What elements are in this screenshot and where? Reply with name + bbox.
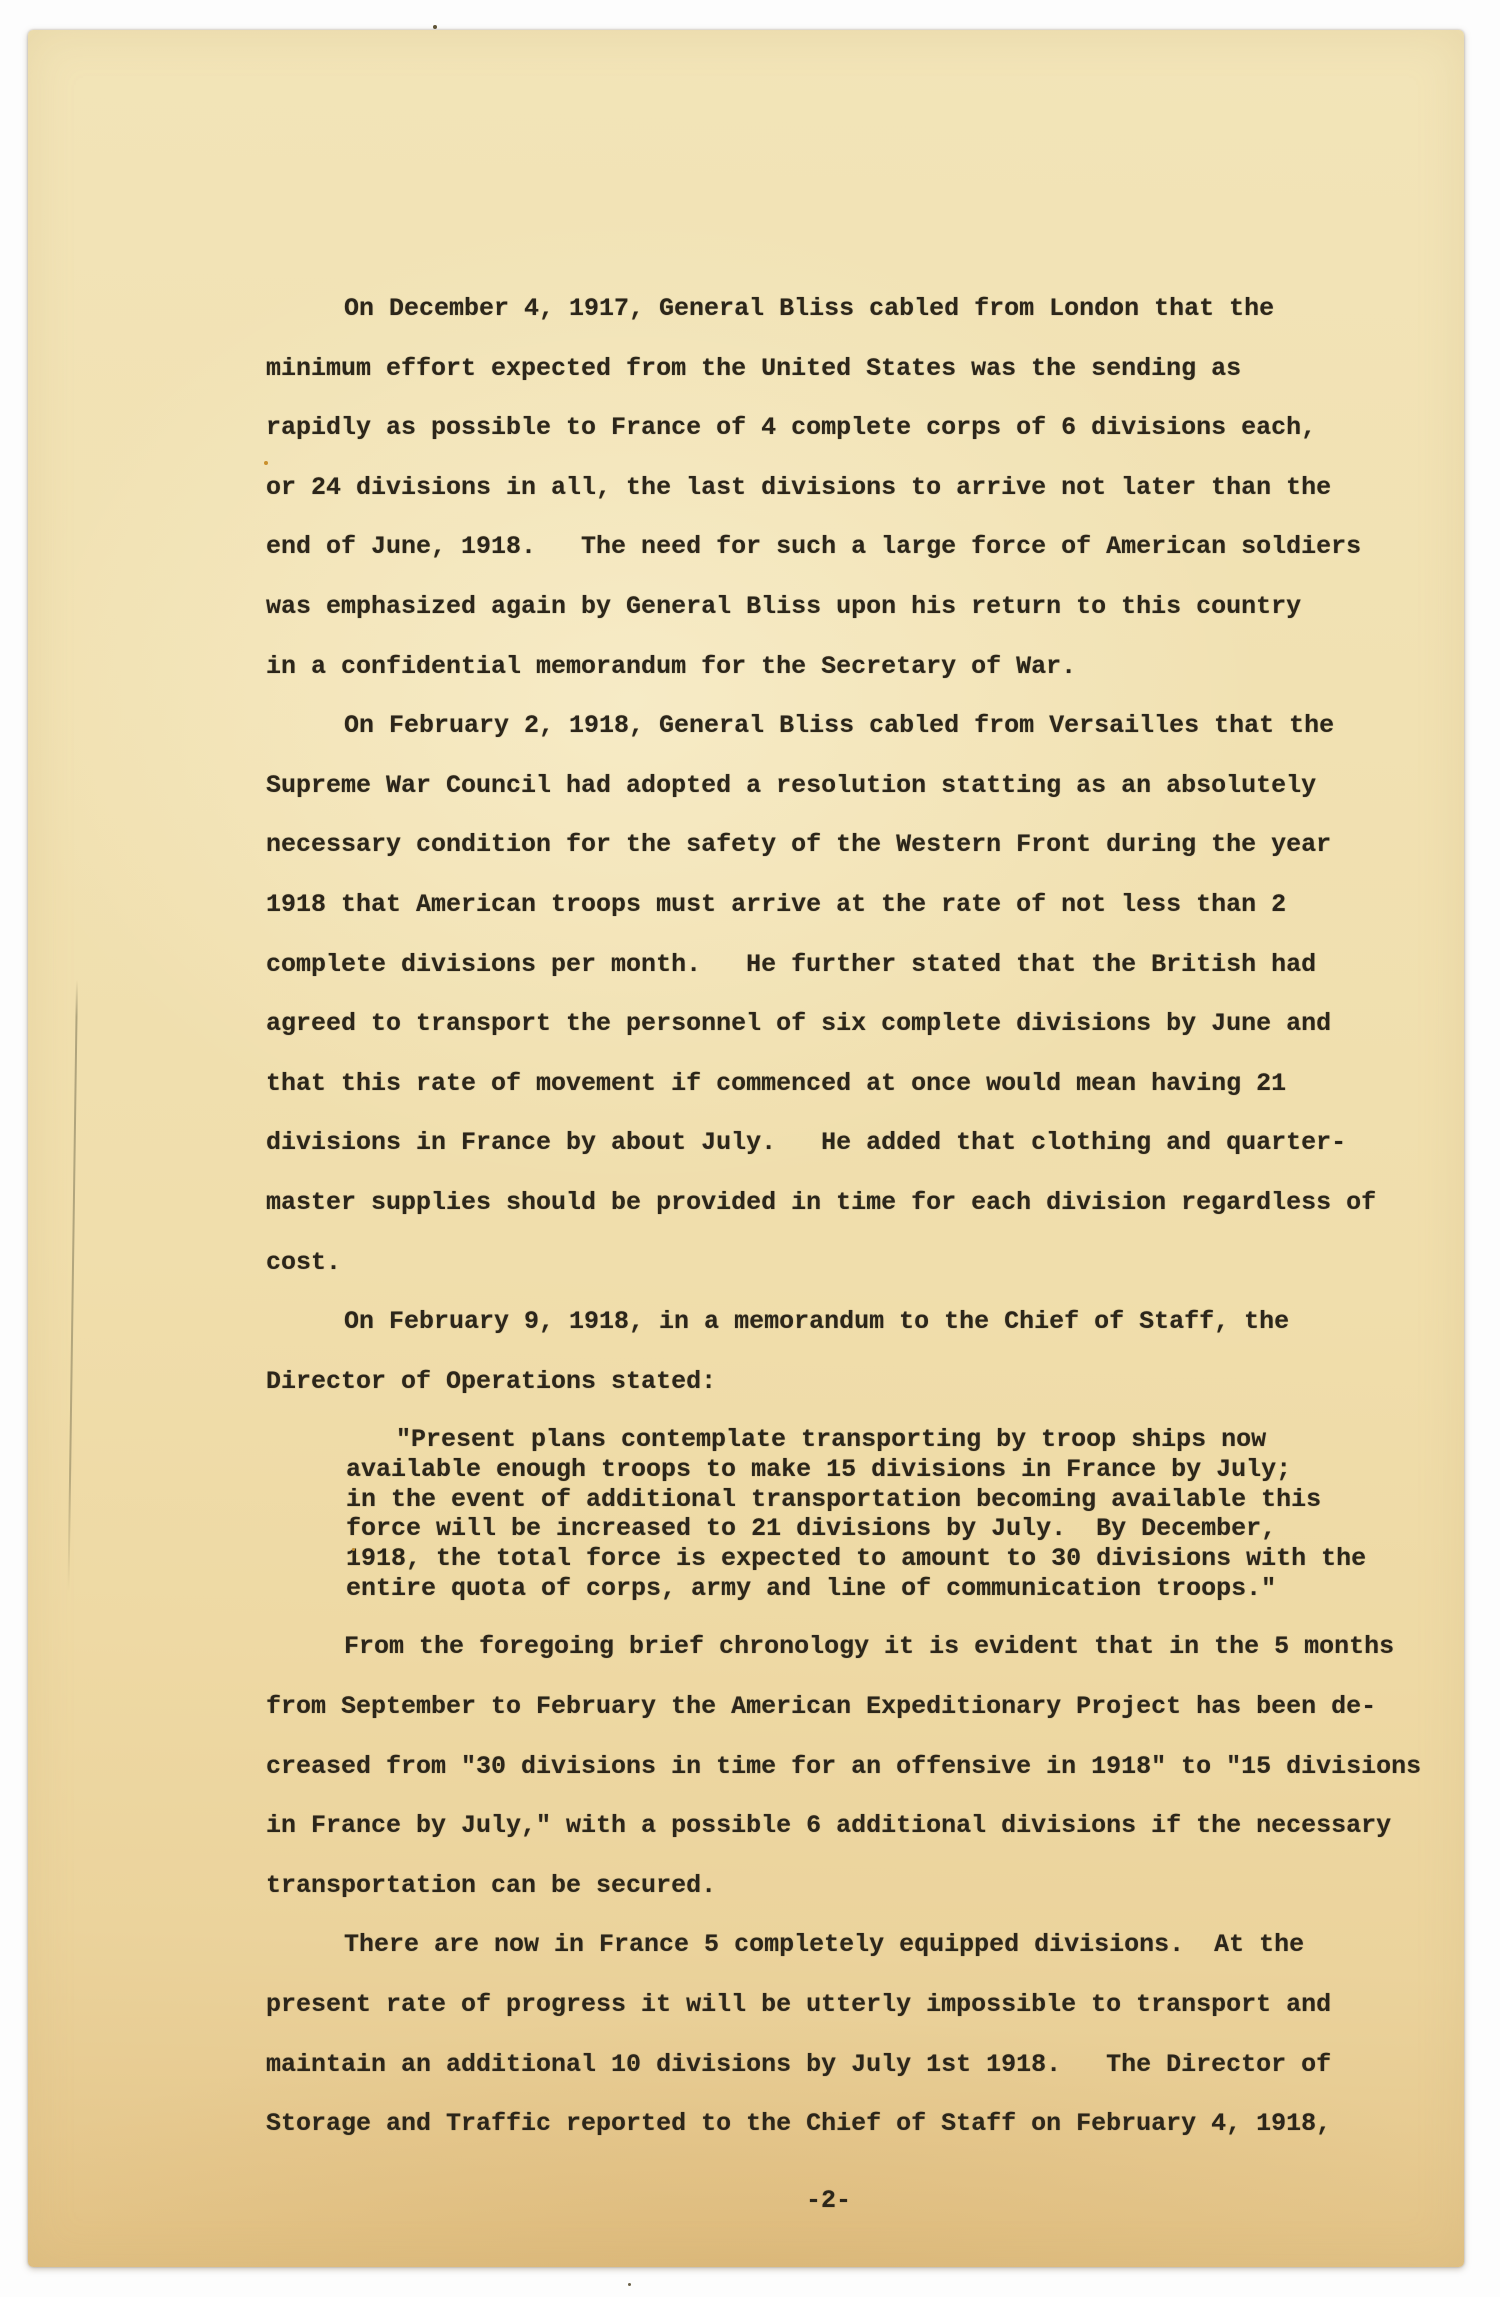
paper-speck xyxy=(433,25,437,29)
text-line: rapidly as possible to France of 4 compl… xyxy=(266,413,1396,473)
scan-background: On December 4, 1917, General Bliss cable… xyxy=(0,0,1500,2297)
blockquote: "Present plans contemplate transporting … xyxy=(346,1426,1396,1604)
text-line: force will be increased to 21 divisions … xyxy=(346,1515,1396,1545)
paragraph: On December 4, 1917, General Bliss cable… xyxy=(266,294,1396,711)
paper-speck xyxy=(264,461,268,465)
text-line: was emphasized again by General Bliss up… xyxy=(266,592,1396,652)
page-number: -2- xyxy=(266,2186,1391,2215)
text-line: 1918, the total force is expected to amo… xyxy=(346,1545,1396,1575)
text-line: Director of Operations stated: xyxy=(266,1367,1396,1427)
paragraph: On February 9, 1918, in a memorandum to … xyxy=(266,1307,1396,1426)
text-line: in the event of additional transportatio… xyxy=(346,1486,1396,1516)
text-line: There are now in France 5 completely equ… xyxy=(266,1930,1396,1990)
paragraph: There are now in France 5 completely equ… xyxy=(266,1930,1396,2168)
text-line: that this rate of movement if commenced … xyxy=(266,1069,1396,1129)
text-line: creased from "30 divisions in time for a… xyxy=(266,1752,1396,1812)
text-line: in a confidential memorandum for the Sec… xyxy=(266,652,1396,712)
text-line: present rate of progress it will be utte… xyxy=(266,1990,1396,2050)
text-line: end of June, 1918. The need for such a l… xyxy=(266,532,1396,592)
text-line: Storage and Traffic reported to the Chie… xyxy=(266,2109,1396,2169)
text-line: or 24 divisions in all, the last divisio… xyxy=(266,473,1396,533)
paragraph: From the foregoing brief chronology it i… xyxy=(266,1632,1396,1930)
text-line: "Present plans contemplate transporting … xyxy=(346,1426,1396,1456)
text-line: 1918 that American troops must arrive at… xyxy=(266,890,1396,950)
text-line: from September to February the American … xyxy=(266,1692,1396,1752)
text-line: complete divisions per month. He further… xyxy=(266,950,1396,1010)
text-line: Supreme War Council had adopted a resolu… xyxy=(266,771,1396,831)
text-line: agreed to transport the personnel of six… xyxy=(266,1009,1396,1069)
document-page: On December 4, 1917, General Bliss cable… xyxy=(28,30,1464,2267)
text-line: entire quota of corps, army and line of … xyxy=(346,1575,1396,1605)
text-line: available enough troops to make 15 divis… xyxy=(346,1456,1396,1486)
text-line: minimum effort expected from the United … xyxy=(266,354,1396,414)
text-line: necessary condition for the safety of th… xyxy=(266,830,1396,890)
text-line: divisions in France by about July. He ad… xyxy=(266,1128,1396,1188)
text-line: On December 4, 1917, General Bliss cable… xyxy=(266,294,1396,354)
paragraph: On February 2, 1918, General Bliss cable… xyxy=(266,711,1396,1307)
text-line: master supplies should be provided in ti… xyxy=(266,1188,1396,1248)
paper-speck xyxy=(352,1548,355,1551)
text-line: On February 9, 1918, in a memorandum to … xyxy=(266,1307,1396,1367)
text-line: On February 2, 1918, General Bliss cable… xyxy=(266,711,1396,771)
text-line: in France by July," with a possible 6 ad… xyxy=(266,1811,1396,1871)
crease-line xyxy=(67,980,78,1592)
text-line: cost. xyxy=(266,1248,1396,1308)
paper-speck xyxy=(628,2283,631,2286)
text-line: From the foregoing brief chronology it i… xyxy=(266,1632,1396,1692)
document-body: On December 4, 1917, General Bliss cable… xyxy=(266,294,1396,2169)
text-line: maintain an additional 10 divisions by J… xyxy=(266,2050,1396,2110)
text-line: transportation can be secured. xyxy=(266,1871,1396,1931)
